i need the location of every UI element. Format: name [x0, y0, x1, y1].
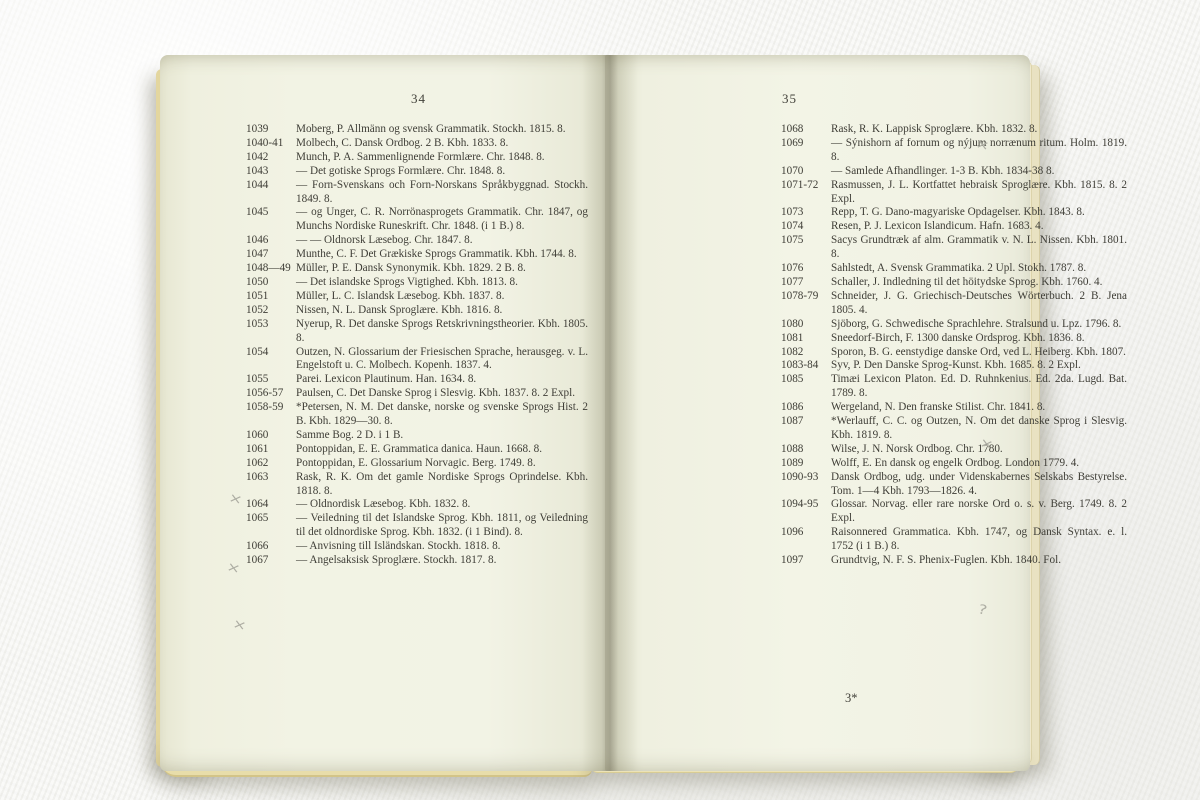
- catalog-entry: 1083-84 Syv, P. Den Danske Sprog-Kunst. …: [781, 359, 1127, 373]
- entry-text: Schaller, J. Indledning til det höitydsk…: [831, 276, 1127, 290]
- entry-number: 1043: [246, 165, 296, 179]
- entry-number: 1046: [246, 234, 296, 248]
- entry-number: 1052: [246, 304, 296, 318]
- entry-number: 1056-57: [246, 387, 296, 401]
- entry-text: Munthe, C. F. Det Grækiske Sprogs Gramma…: [296, 248, 588, 262]
- entry-number: 1051: [246, 290, 296, 304]
- catalog-entry: 1048—49 Müller, P. E. Dansk Synonymik. K…: [246, 262, 588, 276]
- entry-number: 1080: [781, 318, 831, 332]
- entry-number: 1063: [246, 471, 296, 499]
- pencil-mark: ?: [976, 602, 988, 619]
- catalog-entry: 1055 Parei. Lexicon Plautinum. Han. 1634…: [246, 373, 588, 387]
- entry-number: 1082: [781, 346, 831, 360]
- entry-number: 1085: [781, 373, 831, 401]
- catalog-entry: 1097 Grundtvig, N. F. S. Phenix-Fuglen. …: [781, 554, 1127, 568]
- right-page: 35 1068 Rask, R. K. Lappisk Sproglære. K…: [605, 55, 1030, 771]
- entry-text: Wolff, E. En dansk og engelk Ordbog. Lon…: [831, 457, 1127, 471]
- pencil-mark: ×: [225, 560, 242, 578]
- entry-number: 1076: [781, 262, 831, 276]
- catalog-entry: 1060 Samme Bog. 2 D. i 1 B.: [246, 429, 588, 443]
- entry-text: Müller, P. E. Dansk Synonymik. Kbh. 1829…: [296, 262, 588, 276]
- catalog-entry: 1076 Sahlstedt, A. Svensk Grammatika. 2 …: [781, 262, 1127, 276]
- catalog-entry: 1078-79 Schneider, J. G. Griechisch-Deut…: [781, 290, 1127, 318]
- catalog-entry: 1067 — Angelsaksisk Sproglære. Stockh. 1…: [246, 554, 588, 568]
- entry-text: Samme Bog. 2 D. i 1 B.: [296, 429, 588, 443]
- catalog-entry: 1081 Sneedorf-Birch, F. 1300 danske Ords…: [781, 332, 1127, 346]
- entry-text: Pontoppidan, E. E. Grammatica danica. Ha…: [296, 443, 588, 457]
- entry-number: 1066: [246, 540, 296, 554]
- entry-text: Wergeland, N. Den franske Stilist. Chr. …: [831, 401, 1127, 415]
- entry-number: 1064: [246, 498, 296, 512]
- catalog-entry-list: 1039 Moberg, P. Allmänn og svensk Gramma…: [246, 123, 588, 568]
- open-book: 34 1039 Moberg, P. Allmänn og svensk Gra…: [150, 55, 1040, 771]
- page-number: 35: [605, 91, 1030, 107]
- entry-number: 1090-93: [781, 471, 831, 499]
- entry-text: — Anvisning till Isländskan. Stockh. 181…: [296, 540, 588, 554]
- entry-text: Raisonnered Grammatica. Kbh. 1747, og Da…: [831, 526, 1127, 554]
- catalog-entry: 1050 — Det islandske Sprogs Vigtighed. K…: [246, 276, 588, 290]
- catalog-entry: 1046 — — Oldnorsk Læsebog. Chr. 1847. 8.: [246, 234, 588, 248]
- entry-text: Syv, P. Den Danske Sprog-Kunst. Kbh. 168…: [831, 359, 1127, 373]
- catalog-entry: 1069 — Sýnishorn af fornum og nýjum norr…: [781, 137, 1127, 165]
- catalog-entry: 1077 Schaller, J. Indledning til det höi…: [781, 276, 1127, 290]
- entry-number: 1045: [246, 206, 296, 234]
- entry-number: 1089: [781, 457, 831, 471]
- signature-mark: 3*: [845, 691, 858, 706]
- entry-number: 1042: [246, 151, 296, 165]
- catalog-entry: 1096 Raisonnered Grammatica. Kbh. 1747, …: [781, 526, 1127, 554]
- catalog-entry: 1071-72 Rasmussen, J. L. Kortfattet hebr…: [781, 179, 1127, 207]
- entry-text: Resen, P. J. Lexicon Islandicum. Hafn. 1…: [831, 220, 1127, 234]
- entry-text: Molbech, C. Dansk Ordbog. 2 B. Kbh. 1833…: [296, 137, 588, 151]
- entry-text: Sjöborg, G. Schwedische Sprachlehre. Str…: [831, 318, 1127, 332]
- catalog-entry: 1064 — Oldnordisk Læsebog. Kbh. 1832. 8.: [246, 498, 588, 512]
- catalog-entry: 1052 Nissen, N. L. Dansk Sproglære. Kbh.…: [246, 304, 588, 318]
- entry-number: 1074: [781, 220, 831, 234]
- catalog-entry: 1065 — Veiledning til det Islandske Spro…: [246, 512, 588, 540]
- catalog-entry: 1080 Sjöborg, G. Schwedische Sprachlehre…: [781, 318, 1127, 332]
- entry-text: Sacys Grundtræk af alm. Grammatik v. N. …: [831, 234, 1127, 262]
- entry-number: 1061: [246, 443, 296, 457]
- entry-number: 1053: [246, 318, 296, 346]
- catalog-entry: 1063 Rask, R. K. Om det gamle Nordiske S…: [246, 471, 588, 499]
- entry-number: 1039: [246, 123, 296, 137]
- entry-number: 1071-72: [781, 179, 831, 207]
- pencil-mark: ×: [231, 617, 248, 635]
- entry-number: 1088: [781, 443, 831, 457]
- entry-number: 1055: [246, 373, 296, 387]
- entry-number: 1077: [781, 276, 831, 290]
- pencil-mark: ×: [227, 491, 244, 509]
- catalog-entry: 1047 Munthe, C. F. Det Grækiske Sprogs G…: [246, 248, 588, 262]
- entry-number: 1070: [781, 165, 831, 179]
- entry-text: Timæi Lexicon Platon. Ed. D. Ruhnkenius.…: [831, 373, 1127, 401]
- entry-text: Schneider, J. G. Griechisch-Deutsches Wö…: [831, 290, 1127, 318]
- entry-text: — Det islandske Sprogs Vigtighed. Kbh. 1…: [296, 276, 588, 290]
- catalog-entry: 1086 Wergeland, N. Den franske Stilist. …: [781, 401, 1127, 415]
- entry-number: 1047: [246, 248, 296, 262]
- entry-number: 1069: [781, 137, 831, 165]
- entry-text: Sporon, B. G. eenstydige danske Ord, ved…: [831, 346, 1127, 360]
- entry-number: 1065: [246, 512, 296, 540]
- entry-number: 1067: [246, 554, 296, 568]
- entry-number: 1078-79: [781, 290, 831, 318]
- catalog-entry-list: 1068 Rask, R. K. Lappisk Sproglære. Kbh.…: [781, 123, 1127, 568]
- entry-number: 1050: [246, 276, 296, 290]
- entry-number: 1094-95: [781, 498, 831, 526]
- catalog-entry: 1073 Repp, T. G. Dano-magyariske Opdagel…: [781, 206, 1127, 220]
- entry-text: Nissen, N. L. Dansk Sproglære. Kbh. 1816…: [296, 304, 588, 318]
- entry-text: Rask, R. K. Om det gamle Nordiske Sprogs…: [296, 471, 588, 499]
- catalog-entry: 1090-93 Dansk Ordbog, udg. under Vidensk…: [781, 471, 1127, 499]
- catalog-entry: 1062 Pontoppidan, E. Glossarium Norvagic…: [246, 457, 588, 471]
- catalog-entry: 1053 Nyerup, R. Det danske Sprogs Retskr…: [246, 318, 588, 346]
- catalog-entry: 1088 Wilse, J. N. Norsk Ordbog. Chr. 178…: [781, 443, 1127, 457]
- entry-text: Moberg, P. Allmänn og svensk Grammatik. …: [296, 123, 588, 137]
- catalog-entry: 1044 — Forn-Svenskans och Forn-Norskans …: [246, 179, 588, 207]
- entry-text: Outzen, N. Glossarium der Friesischen Sp…: [296, 346, 588, 374]
- entry-number: 1062: [246, 457, 296, 471]
- entry-number: 1044: [246, 179, 296, 207]
- entry-text: — Forn-Svenskans och Forn-Norskans Språk…: [296, 179, 588, 207]
- photograph-of-open-book: { "colors": { "paper": "#f2f3e4", "page_…: [0, 0, 1200, 800]
- page-number: 34: [160, 91, 615, 107]
- entry-text: Rask, R. K. Lappisk Sproglære. Kbh. 1832…: [831, 123, 1127, 137]
- catalog-entry: 1051 Müller, L. C. Islandsk Læsebog. Kbh…: [246, 290, 588, 304]
- entry-number: 1068: [781, 123, 831, 137]
- entry-number: 1073: [781, 206, 831, 220]
- entry-text: Sahlstedt, A. Svensk Grammatika. 2 Upl. …: [831, 262, 1127, 276]
- entry-text: Nyerup, R. Det danske Sprogs Retskrivnin…: [296, 318, 588, 346]
- entry-number: 1060: [246, 429, 296, 443]
- entry-number: 1081: [781, 332, 831, 346]
- entry-number: 1040-41: [246, 137, 296, 151]
- catalog-entry: 1042 Munch, P. A. Sammenlignende Formlær…: [246, 151, 588, 165]
- entry-text: Paulsen, C. Det Danske Sprog i Slesvig. …: [296, 387, 588, 401]
- catalog-entry: 1085 Timæi Lexicon Platon. Ed. D. Ruhnke…: [781, 373, 1127, 401]
- left-page: 34 1039 Moberg, P. Allmänn og svensk Gra…: [160, 55, 615, 771]
- catalog-entry: 1087 *Werlauff, C. C. og Outzen, N. Om d…: [781, 415, 1127, 443]
- entry-text: Repp, T. G. Dano-magyariske Opdagelser. …: [831, 206, 1127, 220]
- catalog-entry: 1068 Rask, R. K. Lappisk Sproglære. Kbh.…: [781, 123, 1127, 137]
- entry-text: — Det gotiske Sprogs Formlære. Chr. 1848…: [296, 165, 588, 179]
- entry-number: 1075: [781, 234, 831, 262]
- catalog-entry: 1094-95 Glossar. Norvag. eller rare nors…: [781, 498, 1127, 526]
- catalog-entry: 1066 — Anvisning till Isländskan. Stockh…: [246, 540, 588, 554]
- entry-text: — Veiledning til det Islandske Sprog. Kb…: [296, 512, 588, 540]
- catalog-entry: 1054 Outzen, N. Glossarium der Friesisch…: [246, 346, 588, 374]
- entry-text: — — Oldnorsk Læsebog. Chr. 1847. 8.: [296, 234, 588, 248]
- catalog-entry: 1045 — og Unger, C. R. Norrönasprogets G…: [246, 206, 588, 234]
- entry-text: Dansk Ordbog, udg. under Videnskabernes …: [831, 471, 1127, 499]
- entry-text: Müller, L. C. Islandsk Læsebog. Kbh. 183…: [296, 290, 588, 304]
- catalog-entry: 1082 Sporon, B. G. eenstydige danske Ord…: [781, 346, 1127, 360]
- catalog-entry: 1039 Moberg, P. Allmänn og svensk Gramma…: [246, 123, 588, 137]
- catalog-entry: 1040-41 Molbech, C. Dansk Ordbog. 2 B. K…: [246, 137, 588, 151]
- entry-number: 1087: [781, 415, 831, 443]
- catalog-entry: 1056-57 Paulsen, C. Det Danske Sprog i S…: [246, 387, 588, 401]
- entry-text: — og Unger, C. R. Norrönasprogets Gramma…: [296, 206, 588, 234]
- catalog-entry: 1074 Resen, P. J. Lexicon Islandicum. Ha…: [781, 220, 1127, 234]
- entry-text: Rasmussen, J. L. Kortfattet hebraisk Spr…: [831, 179, 1127, 207]
- entry-number: 1097: [781, 554, 831, 568]
- entry-number: 1096: [781, 526, 831, 554]
- entry-number: 1054: [246, 346, 296, 374]
- catalog-entry: 1075 Sacys Grundtræk af alm. Grammatik v…: [781, 234, 1127, 262]
- entry-text: Parei. Lexicon Plautinum. Han. 1634. 8.: [296, 373, 588, 387]
- entry-text: *Werlauff, C. C. og Outzen, N. Om det da…: [831, 415, 1127, 443]
- entry-number: 1048—49: [246, 262, 296, 276]
- entry-text: Munch, P. A. Sammenlignende Formlære. Ch…: [296, 151, 588, 165]
- catalog-entry: 1089 Wolff, E. En dansk og engelk Ordbog…: [781, 457, 1127, 471]
- entry-number: 1083-84: [781, 359, 831, 373]
- entry-text: — Samlede Afhandlinger. 1-3 B. Kbh. 1834…: [831, 165, 1127, 179]
- catalog-entry: 1070 — Samlede Afhandlinger. 1-3 B. Kbh.…: [781, 165, 1127, 179]
- catalog-entry: 1061 Pontoppidan, E. E. Grammatica danic…: [246, 443, 588, 457]
- entry-text: Glossar. Norvag. eller rare norske Ord o…: [831, 498, 1127, 526]
- catalog-entry: 1043 — Det gotiske Sprogs Formlære. Chr.…: [246, 165, 588, 179]
- catalog-entry: 1058-59 *Petersen, N. M. Det danske, nor…: [246, 401, 588, 429]
- entry-text: Sneedorf-Birch, F. 1300 danske Ordsprog.…: [831, 332, 1127, 346]
- entry-text: — Angelsaksisk Sproglære. Stockh. 1817. …: [296, 554, 588, 568]
- entry-text: Pontoppidan, E. Glossarium Norvagic. Ber…: [296, 457, 588, 471]
- entry-number: 1058-59: [246, 401, 296, 429]
- entry-text: *Petersen, N. M. Det danske, norske og s…: [296, 401, 588, 429]
- entry-text: — Oldnordisk Læsebog. Kbh. 1832. 8.: [296, 498, 588, 512]
- entry-text: Grundtvig, N. F. S. Phenix-Fuglen. Kbh. …: [831, 554, 1127, 568]
- entry-number: 1086: [781, 401, 831, 415]
